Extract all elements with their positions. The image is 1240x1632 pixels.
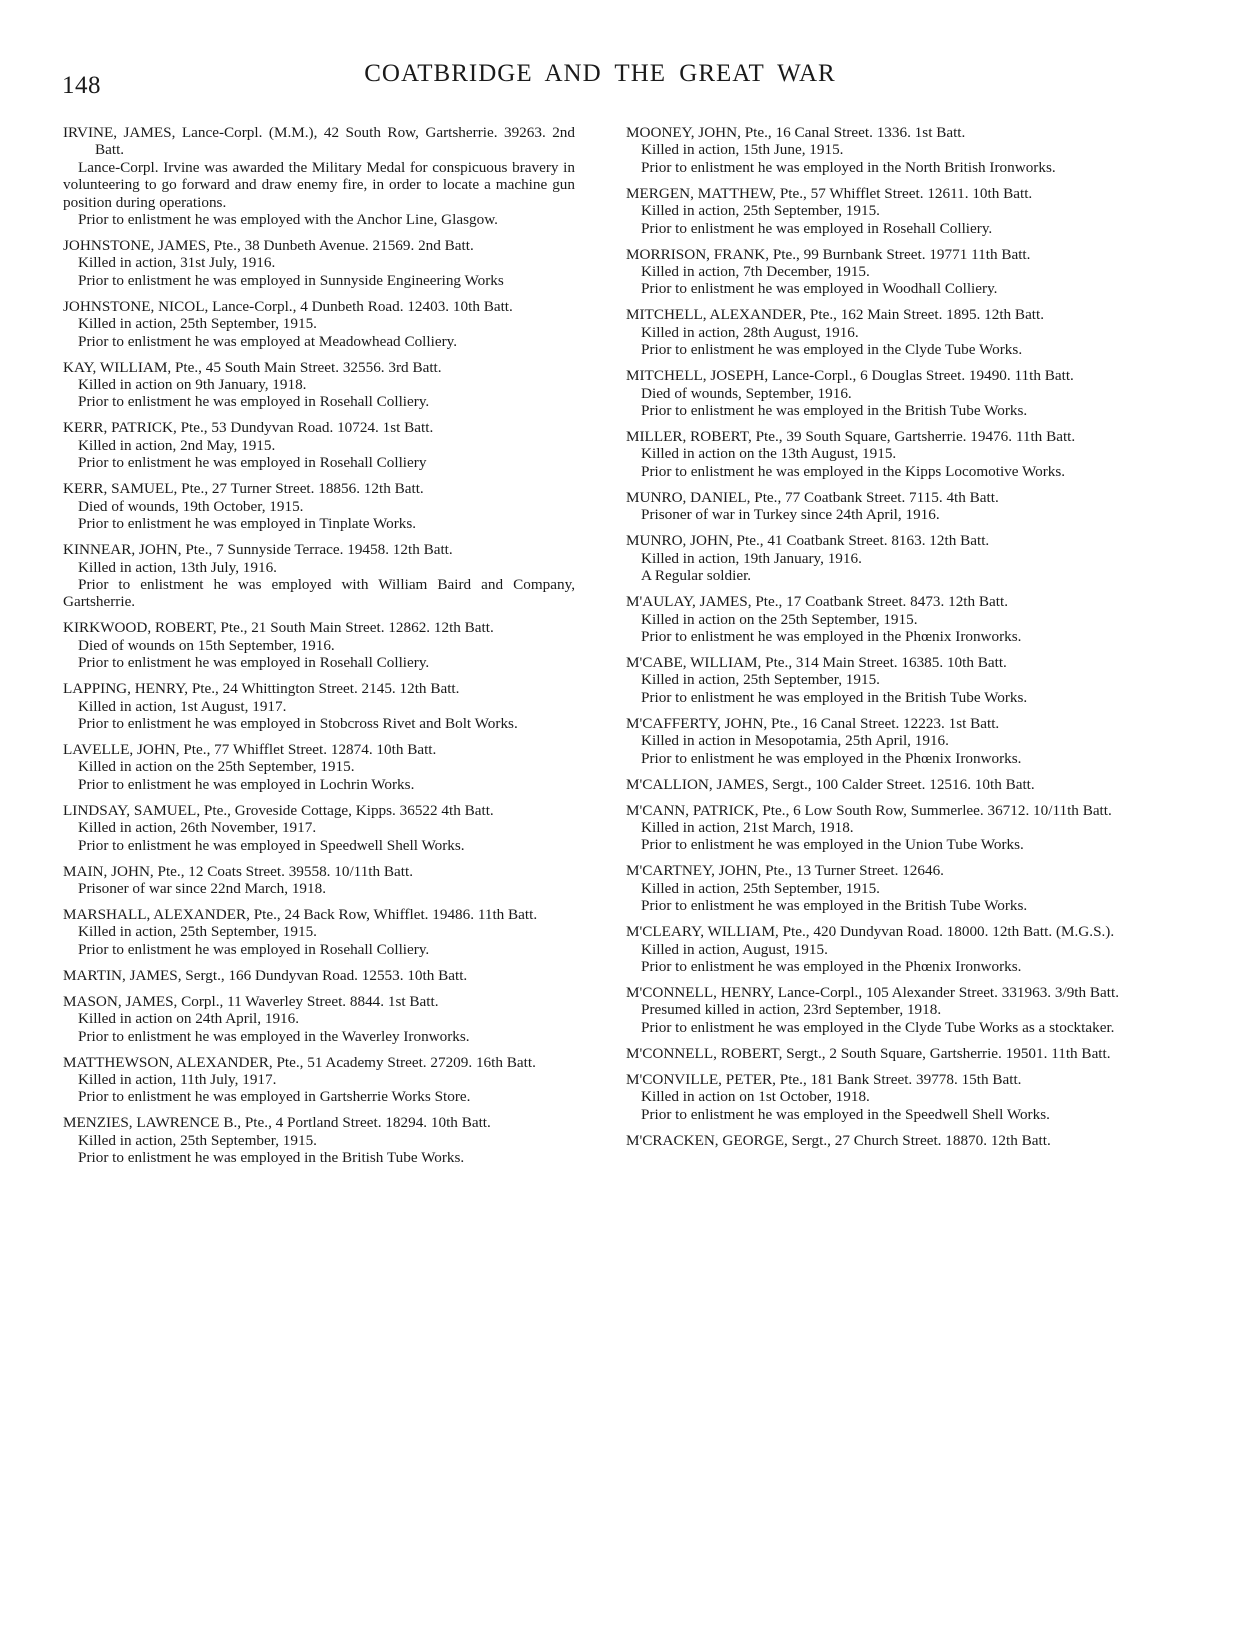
entry-heading: JOHNSTONE, JAMES, Pte., 38 Dunbeth Avenu… [63, 237, 575, 254]
running-head-title: COATBRIDGE AND THE GREAT WAR [340, 60, 860, 88]
entry-heading: IRVINE, JAMES, Lance-Corpl. (M.M.), 42 S… [63, 124, 575, 159]
roll-entry: IRVINE, JAMES, Lance-Corpl. (M.M.), 42 S… [63, 124, 575, 228]
entry-detail-line: Killed in action, 13th July, 1916. [63, 559, 575, 576]
entry-detail-line: Prior to enlistment he was employed in t… [626, 958, 1138, 975]
entry-detail-line: Killed in action, 11th July, 1917. [63, 1071, 575, 1088]
entry-detail-line: Prior to enlistment he was employed in R… [626, 220, 1138, 237]
roll-entry: LAPPING, HENRY, Pte., 24 Whittington Str… [63, 680, 575, 732]
roll-entry: JOHNSTONE, JAMES, Pte., 38 Dunbeth Avenu… [63, 237, 575, 289]
entry-heading: M'CONVILLE, PETER, Pte., 181 Bank Street… [626, 1071, 1138, 1088]
roll-entry: M'AULAY, JAMES, Pte., 17 Coatbank Street… [626, 593, 1138, 645]
entry-heading: MOONEY, JOHN, Pte., 16 Canal Street. 133… [626, 124, 1138, 141]
entry-heading: MUNRO, DANIEL, Pte., 77 Coatbank Street.… [626, 489, 1138, 506]
entry-heading: MITCHELL, ALEXANDER, Pte., 162 Main Stre… [626, 306, 1138, 323]
roll-entry: M'CANN, PATRICK, Pte., 6 Low South Row, … [626, 802, 1138, 854]
entry-heading: LINDSAY, SAMUEL, Pte., Groveside Cottage… [63, 802, 575, 819]
roll-entry: M'CONNELL, ROBERT, Sergt., 2 South Squar… [626, 1045, 1138, 1062]
roll-entry: M'CRACKEN, GEORGE, Sergt., 27 Church Str… [626, 1132, 1138, 1149]
entry-detail-line: Killed in action, 31st July, 1916. [63, 254, 575, 271]
entry-heading: M'AULAY, JAMES, Pte., 17 Coatbank Street… [626, 593, 1138, 610]
entry-detail-line: Killed in action, 28th August, 1916. [626, 324, 1138, 341]
entry-detail-line: Prior to enlistment he was employed in W… [626, 280, 1138, 297]
entry-detail-line: Died of wounds on 15th September, 1916. [63, 637, 575, 654]
entry-detail-paragraph: Prior to enlistment he was employed in G… [63, 1088, 575, 1105]
entry-detail-paragraph: Prior to enlistment he was employed in S… [63, 715, 575, 732]
entry-heading: KERR, SAMUEL, Pte., 27 Turner Street. 18… [63, 480, 575, 497]
entry-heading: MARSHALL, ALEXANDER, Pte., 24 Back Row, … [63, 906, 575, 923]
roll-entry: KINNEAR, JOHN, Pte., 7 Sunnyside Terrace… [63, 541, 575, 611]
entry-heading: MASON, JAMES, Corpl., 11 Waverley Street… [63, 993, 575, 1010]
entry-detail-paragraph: Lance-Corpl. Irvine was awarded the Mili… [63, 159, 575, 211]
entry-detail-paragraph: Prior to enlistment he was employed with… [63, 576, 575, 611]
entry-detail-line: Killed in action, 21st March, 1918. [626, 819, 1138, 836]
entry-heading: M'CANN, PATRICK, Pte., 6 Low South Row, … [626, 802, 1138, 819]
entry-detail-paragraph: Prior to enlistment he was employed in t… [626, 463, 1138, 480]
entry-detail-line: Prior to enlistment he was employed in T… [63, 515, 575, 532]
entry-detail-line: Killed in action on the 25th September, … [63, 758, 575, 775]
entry-detail-line: Prisoner of war in Turkey since 24th Apr… [626, 506, 1138, 523]
roll-entry: MERGEN, MATTHEW, Pte., 57 Whifflet Stree… [626, 185, 1138, 237]
entry-heading: M'CALLION, JAMES, Sergt., 100 Calder Str… [626, 776, 1138, 793]
roll-entry: M'CONNELL, HENRY, Lance-Corpl., 105 Alex… [626, 984, 1138, 1036]
entry-detail-line: Killed in action in Mesopotamia, 25th Ap… [626, 732, 1138, 749]
entry-heading: MERGEN, MATTHEW, Pte., 57 Whifflet Stree… [626, 185, 1138, 202]
roll-entry: JOHNSTONE, NICOL, Lance-Corpl., 4 Dunbet… [63, 298, 575, 350]
entry-heading: MORRISON, FRANK, Pte., 99 Burnbank Stree… [626, 246, 1138, 263]
entry-detail-line: Prior to enlistment he was employed in S… [63, 837, 575, 854]
roll-entry: KERR, SAMUEL, Pte., 27 Turner Street. 18… [63, 480, 575, 532]
entry-heading: MITCHELL, JOSEPH, Lance-Corpl., 6 Dougla… [626, 367, 1138, 384]
entry-heading: M'CONNELL, HENRY, Lance-Corpl., 105 Alex… [626, 984, 1138, 1001]
entry-detail-line: Killed in action, 2nd May, 1915. [63, 437, 575, 454]
entry-heading: M'CAFFERTY, JOHN, Pte., 16 Canal Street.… [626, 715, 1138, 732]
entry-detail-line: Prior to enlistment he was employed in L… [63, 776, 575, 793]
entry-heading: M'CRACKEN, GEORGE, Sergt., 27 Church Str… [626, 1132, 1138, 1149]
entry-detail-paragraph: Prior to enlistment he was employed in t… [63, 1028, 575, 1045]
entry-detail-line: Killed in action, 25th September, 1915. [63, 315, 575, 332]
entry-detail-line: Prisoner of war since 22nd March, 1918. [63, 880, 575, 897]
entry-detail-line: Killed in action, 1st August, 1917. [63, 698, 575, 715]
roll-entry: MAIN, JOHN, Pte., 12 Coats Street. 39558… [63, 863, 575, 898]
entry-detail-paragraph: Prior to enlistment he was employed in t… [626, 1019, 1138, 1036]
roll-entry: MITCHELL, ALEXANDER, Pte., 162 Main Stre… [626, 306, 1138, 358]
roll-entry: M'CARTNEY, JOHN, Pte., 13 Turner Street.… [626, 862, 1138, 914]
roll-entry: KERR, PATRICK, Pte., 53 Dundyvan Road. 1… [63, 419, 575, 471]
entry-heading: MAIN, JOHN, Pte., 12 Coats Street. 39558… [63, 863, 575, 880]
entry-detail-line: Prior to enlistment he was employed in t… [626, 836, 1138, 853]
entry-heading: M'CABE, WILLIAM, Pte., 314 Main Street. … [626, 654, 1138, 671]
entry-detail-line: Died of wounds, September, 1916. [626, 385, 1138, 402]
roll-entry: M'CABE, WILLIAM, Pte., 314 Main Street. … [626, 654, 1138, 706]
entry-detail-line: Killed in action, 15th June, 1915. [626, 141, 1138, 158]
entry-heading: KINNEAR, JOHN, Pte., 7 Sunnyside Terrace… [63, 541, 575, 558]
roll-entry: M'CALLION, JAMES, Sergt., 100 Calder Str… [626, 776, 1138, 793]
entry-detail-line: Killed in action, 25th September, 1915. [626, 880, 1138, 897]
entry-detail-line: Killed in action, 25th September, 1915. [626, 671, 1138, 688]
entry-detail-line: Prior to enlistment he was employed at M… [63, 333, 575, 350]
entry-detail-line: Prior to enlistment he was employed in R… [63, 454, 575, 471]
roll-entry: MOONEY, JOHN, Pte., 16 Canal Street. 133… [626, 124, 1138, 176]
entry-heading: MILLER, ROBERT, Pte., 39 South Square, G… [626, 428, 1138, 445]
entry-detail-paragraph: Prior to enlistment he was employed in t… [626, 402, 1138, 419]
entry-detail-line: Prior to enlistment he was employed in t… [626, 689, 1138, 706]
entry-detail-paragraph: Prior to enlistment he was employed with… [63, 211, 575, 228]
roll-entry: MATTHEWSON, ALEXANDER, Pte., 51 Academy … [63, 1054, 575, 1106]
entry-detail-line: Prior to enlistment he was employed in R… [63, 654, 575, 671]
entry-detail-line: Prior to enlistment he was employed in R… [63, 941, 575, 958]
entry-detail-line: Prior to enlistment he was employed in t… [626, 750, 1138, 767]
roll-entry: LINDSAY, SAMUEL, Pte., Groveside Cottage… [63, 802, 575, 854]
entry-detail-line: Killed in action, 19th January, 1916. [626, 550, 1138, 567]
entry-heading: KERR, PATRICK, Pte., 53 Dundyvan Road. 1… [63, 419, 575, 436]
entry-heading: JOHNSTONE, NICOL, Lance-Corpl., 4 Dunbet… [63, 298, 575, 315]
roll-entry: KIRKWOOD, ROBERT, Pte., 21 South Main St… [63, 619, 575, 671]
entry-detail-line: Killed in action on the 13th August, 191… [626, 445, 1138, 462]
roll-entry: LAVELLE, JOHN, Pte., 77 Whifflet Street.… [63, 741, 575, 793]
entry-detail-line: Prior to enlistment he was employed in t… [626, 341, 1138, 358]
entry-heading: KIRKWOOD, ROBERT, Pte., 21 South Main St… [63, 619, 575, 636]
left-column: IRVINE, JAMES, Lance-Corpl. (M.M.), 42 S… [63, 124, 575, 1175]
entry-detail-line: Prior to enlistment he was employed in R… [63, 393, 575, 410]
entry-detail-line: Presumed killed in action, 23rd Septembe… [626, 1001, 1138, 1018]
entry-detail-paragraph: Prior to enlistment he was employed in t… [626, 159, 1138, 176]
entry-detail-paragraph: Prior to enlistment he was employed in S… [63, 272, 575, 289]
entry-detail-line: Killed in action, 25th September, 1915. [626, 202, 1138, 219]
roll-entry: MARSHALL, ALEXANDER, Pte., 24 Back Row, … [63, 906, 575, 958]
roll-entry: MUNRO, JOHN, Pte., 41 Coatbank Street. 8… [626, 532, 1138, 584]
entry-detail-line: Prior to enlistment he was employed in t… [626, 897, 1138, 914]
entry-detail-line: Died of wounds, 19th October, 1915. [63, 498, 575, 515]
entry-detail-line: Prior to enlistment he was employed in t… [626, 628, 1138, 645]
entry-detail-line: Killed in action, 25th September, 1915. [63, 923, 575, 940]
entry-detail-paragraph: Prior to enlistment he was employed in t… [626, 1106, 1138, 1123]
entry-detail-line: Killed in action on 24th April, 1916. [63, 1010, 575, 1027]
roll-entry: MARTIN, JAMES, Sergt., 166 Dundyvan Road… [63, 967, 575, 984]
entry-heading: MENZIES, LAWRENCE B., Pte., 4 Portland S… [63, 1114, 575, 1131]
entry-heading: M'CLEARY, WILLIAM, Pte., 420 Dundyvan Ro… [626, 923, 1138, 940]
roll-entry: M'CONVILLE, PETER, Pte., 181 Bank Street… [626, 1071, 1138, 1123]
roll-entry: MASON, JAMES, Corpl., 11 Waverley Street… [63, 993, 575, 1045]
entry-heading: M'CONNELL, ROBERT, Sergt., 2 South Squar… [626, 1045, 1138, 1062]
entry-detail-line: Prior to enlistment he was employed in t… [63, 1149, 575, 1166]
roll-entry: MUNRO, DANIEL, Pte., 77 Coatbank Street.… [626, 489, 1138, 524]
entry-detail-line: Killed in action on the 25th September, … [626, 611, 1138, 628]
entry-heading: LAVELLE, JOHN, Pte., 77 Whifflet Street.… [63, 741, 575, 758]
entry-heading: M'CARTNEY, JOHN, Pte., 13 Turner Street.… [626, 862, 1138, 879]
entry-detail-line: Killed in action, 26th November, 1917. [63, 819, 575, 836]
roll-entry: KAY, WILLIAM, Pte., 45 South Main Street… [63, 359, 575, 411]
entry-heading: MARTIN, JAMES, Sergt., 166 Dundyvan Road… [63, 967, 575, 984]
roll-entry: MITCHELL, JOSEPH, Lance-Corpl., 6 Dougla… [626, 367, 1138, 419]
entry-detail-line: Killed in action on 1st October, 1918. [626, 1088, 1138, 1105]
entry-detail-line: Killed in action on 9th January, 1918. [63, 376, 575, 393]
roll-entry: M'CLEARY, WILLIAM, Pte., 420 Dundyvan Ro… [626, 923, 1138, 975]
roll-entry: MENZIES, LAWRENCE B., Pte., 4 Portland S… [63, 1114, 575, 1166]
right-column: MOONEY, JOHN, Pte., 16 Canal Street. 133… [626, 124, 1138, 1158]
entry-heading: LAPPING, HENRY, Pte., 24 Whittington Str… [63, 680, 575, 697]
entry-detail-line: Killed in action, August, 1915. [626, 941, 1138, 958]
entry-detail-line: Killed in action, 25th September, 1915. [63, 1132, 575, 1149]
page-number: 148 [62, 72, 101, 100]
roll-entry: MORRISON, FRANK, Pte., 99 Burnbank Stree… [626, 246, 1138, 298]
entry-heading: MATTHEWSON, ALEXANDER, Pte., 51 Academy … [63, 1054, 575, 1071]
entry-detail-line: A Regular soldier. [626, 567, 1138, 584]
roll-entry: MILLER, ROBERT, Pte., 39 South Square, G… [626, 428, 1138, 480]
entry-heading: MUNRO, JOHN, Pte., 41 Coatbank Street. 8… [626, 532, 1138, 549]
roll-entry: M'CAFFERTY, JOHN, Pte., 16 Canal Street.… [626, 715, 1138, 767]
entry-heading: KAY, WILLIAM, Pte., 45 South Main Street… [63, 359, 575, 376]
entry-detail-line: Killed in action, 7th December, 1915. [626, 263, 1138, 280]
